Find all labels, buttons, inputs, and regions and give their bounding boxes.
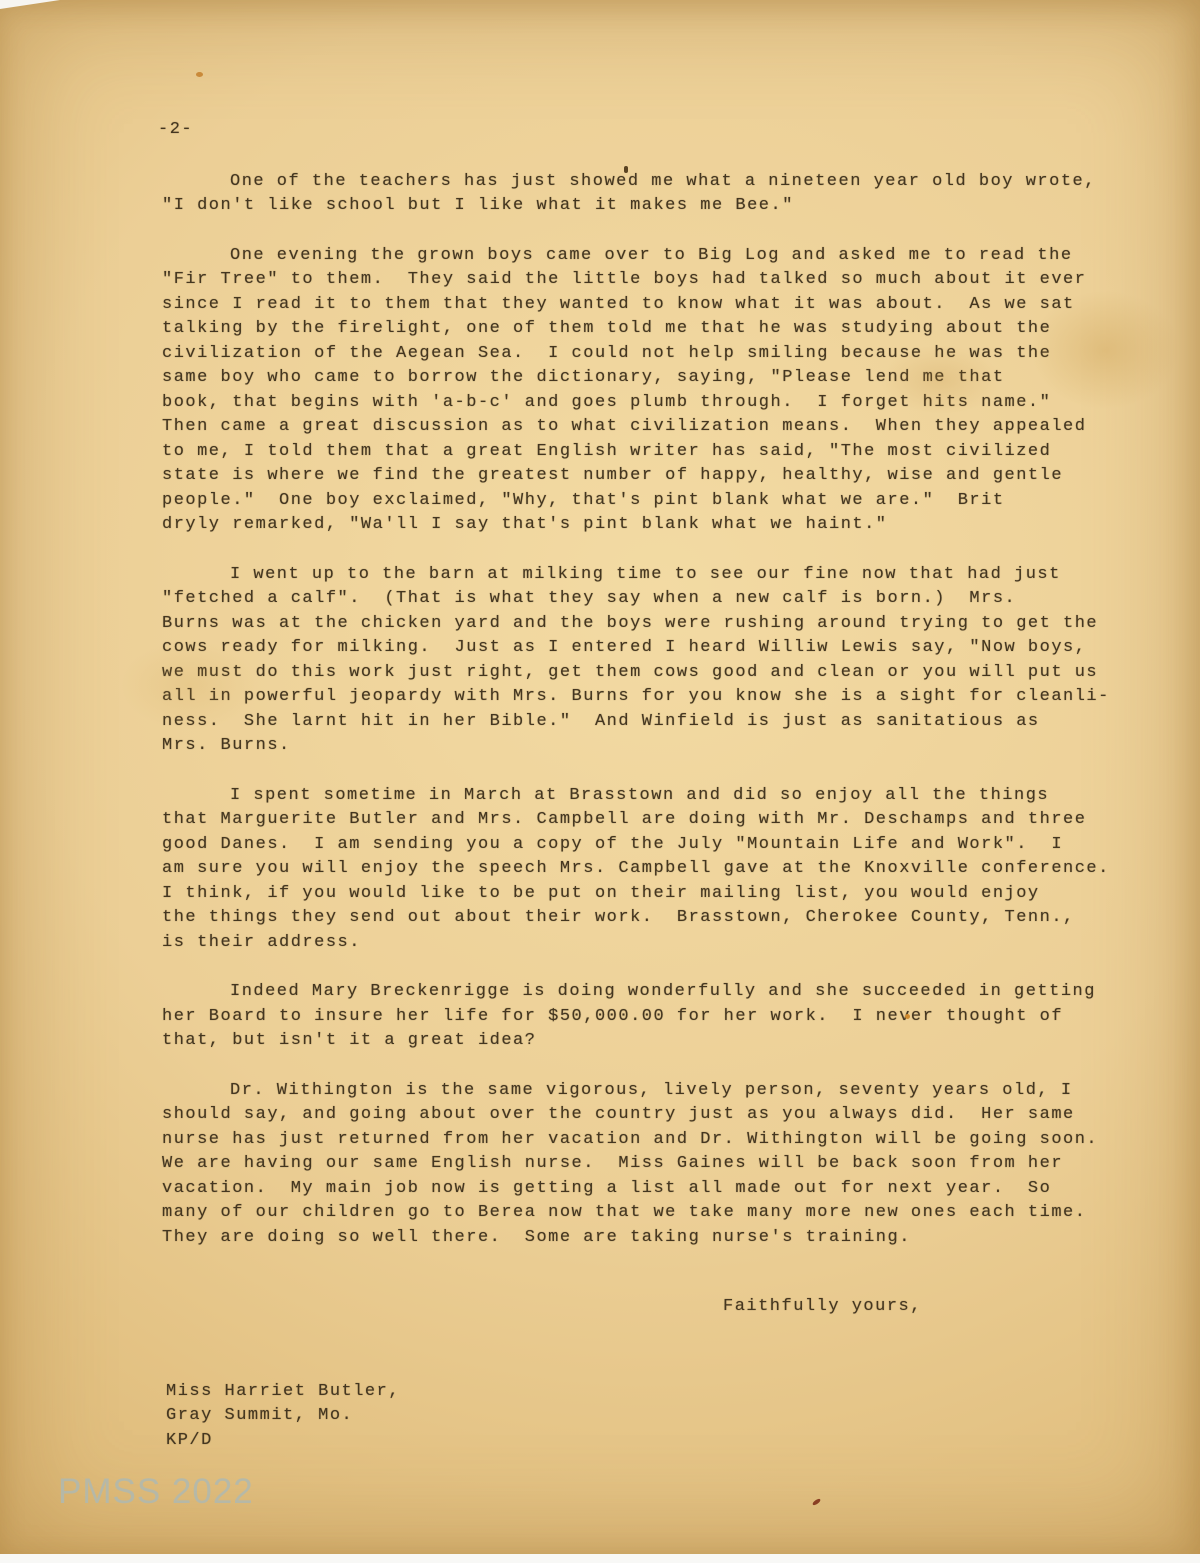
letter-line: I went up to the barn at milking time to…	[162, 563, 1145, 588]
letter-line: am sure you will enjoy the speech Mrs. C…	[162, 857, 1145, 882]
letter-line: nurse has just returned from her vacatio…	[162, 1128, 1145, 1153]
letter-line: all in powerful jeopardy with Mrs. Burns…	[162, 685, 1145, 710]
page-number: -2-	[158, 118, 1200, 143]
signature-recipient-name: Miss Harriet Butler,	[166, 1380, 1200, 1405]
letter-line: "Fir Tree" to them. They said the little…	[162, 268, 1145, 293]
letter-page: -2- One of the teachers has just showed …	[0, 0, 1200, 1554]
letter-line: ness. She larnt hit in her Bible." And W…	[162, 710, 1145, 735]
letter-line: people." One boy exclaimed, "Why, that's…	[162, 489, 1145, 514]
letter-body: One of the teachers has just showed me w…	[162, 170, 1145, 1251]
letter-line: good Danes. I am sending you a copy of t…	[162, 833, 1145, 858]
letter-line: Burns was at the chicken yard and the bo…	[162, 612, 1145, 637]
letter-line: I spent sometime in March at Brasstown a…	[162, 784, 1145, 809]
letter-line: One of the teachers has just showed me w…	[162, 170, 1145, 195]
letter-line: state is where we find the greatest numb…	[162, 464, 1145, 489]
letter-line: We are having our same English nurse. Mi…	[162, 1152, 1145, 1177]
letter-line: her Board to insure her life for $50,000…	[162, 1005, 1145, 1030]
letter-line: that Marguerite Butler and Mrs. Campbell…	[162, 808, 1145, 833]
watermark: PMSS 2022	[58, 1472, 254, 1512]
scan-background: -2- One of the teachers has just showed …	[0, 0, 1200, 1563]
letter-line: many of our children go to Berea now tha…	[162, 1201, 1145, 1226]
paragraph: One evening the grown boys came over to …	[162, 244, 1145, 538]
paragraph: Indeed Mary Breckenrigge is doing wonder…	[162, 980, 1145, 1054]
paper-corner-sliver	[0, 0, 60, 9]
letter-line: talking by the firelight, one of them to…	[162, 317, 1145, 342]
paragraph: I went up to the barn at milking time to…	[162, 563, 1145, 759]
letter-line: "I don't like school but I like what it …	[162, 194, 1145, 219]
letter-line: They are doing so well there. Some are t…	[162, 1226, 1145, 1251]
letter-line: book, that begins with 'a-b-c' and goes …	[162, 391, 1145, 416]
typist-initials: KP/D	[166, 1429, 1200, 1454]
letter-line: to me, I told them that a great English …	[162, 440, 1145, 465]
paragraph: I spent sometime in March at Brasstown a…	[162, 784, 1145, 956]
letter-line: "fetched a calf". (That is what they say…	[162, 587, 1145, 612]
paper-speck	[196, 72, 203, 77]
signature-recipient-address: Gray Summit, Mo.	[166, 1404, 1200, 1429]
letter-line: dryly remarked, "Wa'll I say that's pint…	[162, 513, 1145, 538]
letter-line: is their address.	[162, 931, 1145, 956]
letter-line: we must do this work just right, get the…	[162, 661, 1145, 686]
paper-speck	[812, 1498, 822, 1506]
letter-line: vacation. My main job now is getting a l…	[162, 1177, 1145, 1202]
paper-speck	[624, 166, 628, 173]
letter-line: that, but isn't it a great idea?	[162, 1029, 1145, 1054]
signature-block: Miss Harriet Butler, Gray Summit, Mo. KP…	[166, 1380, 1200, 1454]
letter-line: Dr. Withington is the same vigorous, liv…	[162, 1079, 1145, 1104]
letter-line: since I read it to them that they wanted…	[162, 293, 1145, 318]
paper-speck	[905, 1014, 910, 1019]
paragraph: One of the teachers has just showed me w…	[162, 170, 1145, 219]
letter-line: same boy who came to borrow the dictiona…	[162, 366, 1145, 391]
letter-line: Mrs. Burns.	[162, 734, 1145, 759]
letter-line: civilization of the Aegean Sea. I could …	[162, 342, 1145, 367]
paragraph: Dr. Withington is the same vigorous, liv…	[162, 1079, 1145, 1251]
letter-line: Indeed Mary Breckenrigge is doing wonder…	[162, 980, 1145, 1005]
letter-line: should say, and going about over the cou…	[162, 1103, 1145, 1128]
letter-line: I think, if you would like to be put on …	[162, 882, 1145, 907]
letter-line: the things they send out about their wor…	[162, 906, 1145, 931]
letter-line: cows ready for milking. Just as I entere…	[162, 636, 1145, 661]
letter-line: Then came a great discussion as to what …	[162, 415, 1145, 440]
closing-line: Faithfully yours,	[723, 1295, 1200, 1320]
letter-line: One evening the grown boys came over to …	[162, 244, 1145, 269]
